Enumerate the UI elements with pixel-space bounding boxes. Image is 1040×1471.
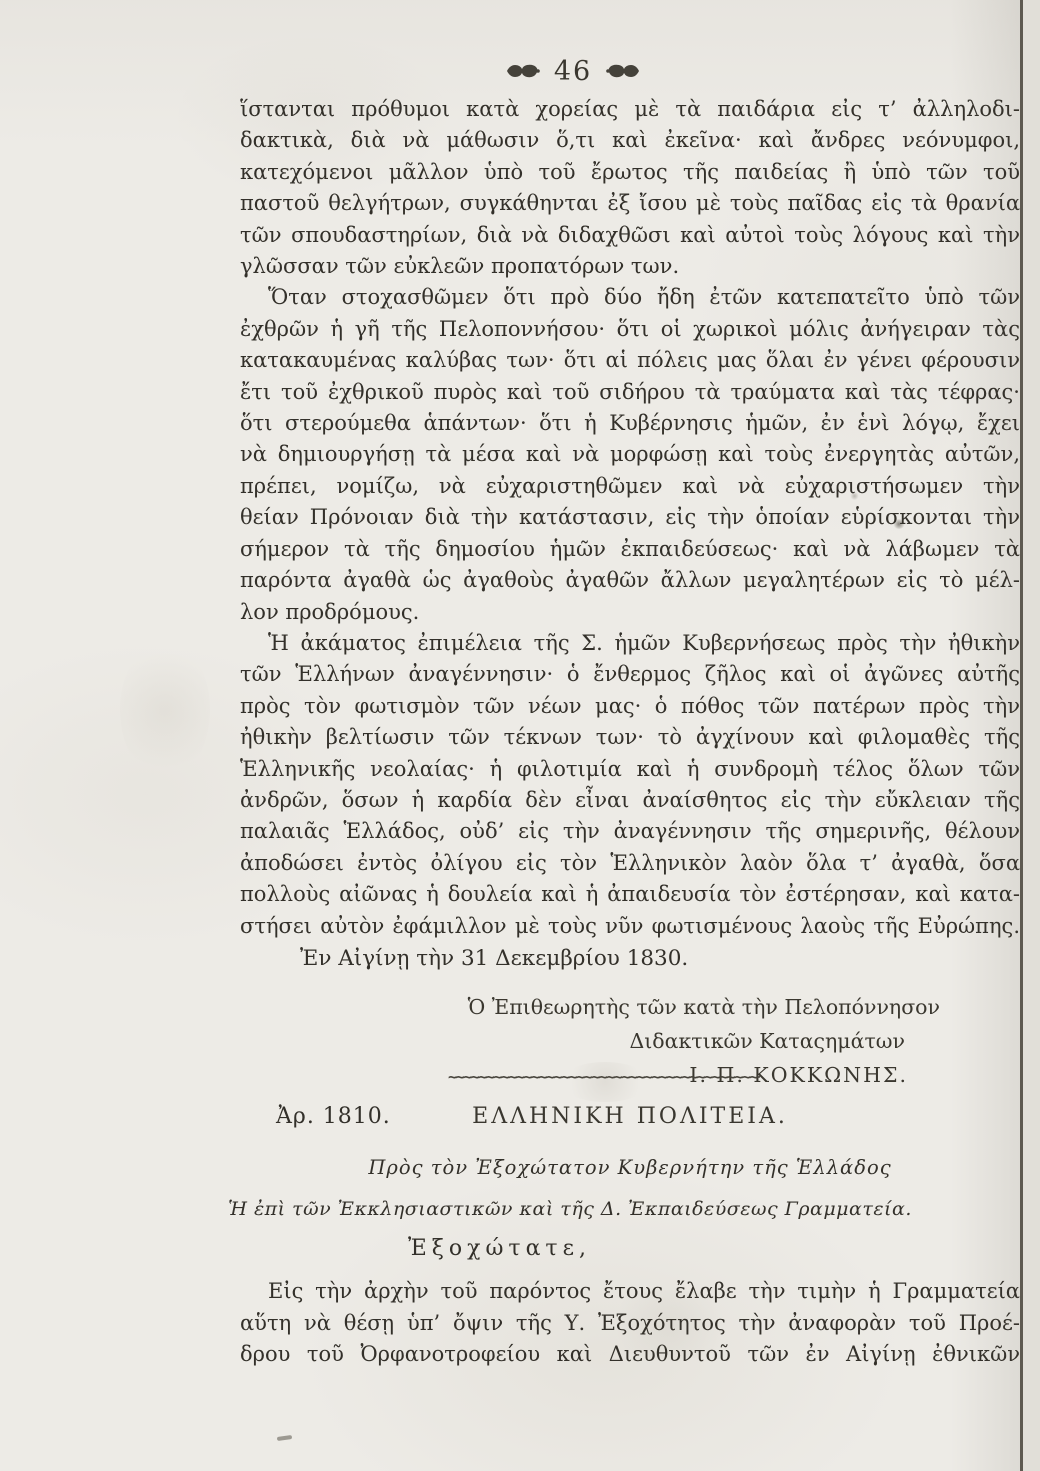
text-line: ὅτι στερούμεθα ἁπάντων· ὅτι ἡ Κυβέρνησις… [240,408,1020,439]
state-title: ΕΛΛΗΝΙΚΗ ΠΟΛΙΤΕΙΑ. [240,1104,1020,1129]
page-edge-margin [1023,0,1040,1471]
text-line: νὰ δημιουργήσῃ τὰ μέσα καὶ νὰ μορφώσῃ κα… [240,439,1020,470]
text-line: πρέπει, νομίζω, νὰ εὐχαριστηθῶμεν καὶ νὰ… [240,471,1020,502]
ink-mark [277,1435,292,1441]
text-line: ἔτι τοῦ ἐχθρικοῦ πυρὸς καὶ τοῦ σιδήρου τ… [240,377,1020,408]
report-body: ἵστανται πρόθυμοι κατὰ χορείας μὲ τὰ παι… [240,94,1020,942]
text-line: τῶν Ἑλλήνων ἀναγέννησιν· ὁ ἔνθερμος ζῆλο… [240,659,1020,690]
ink-blot [893,519,905,529]
fleuron-left-icon [506,62,540,80]
text-line: παστοῦ θελγήτρων, συγκάθηνται ἐξ ἴσου μὲ… [240,188,1020,219]
text-line: θείαν Πρόνοιαν διὰ τὴν κατάστασιν, εἰς τ… [240,502,1020,533]
page-number: 46 [554,56,592,87]
text-line: ἵστανται πρόθυμοι κατὰ χορείας μὲ τὰ παι… [240,94,1020,125]
text-line: Ἑλληνικῆς νεολαίας· ἡ φιλοτιμία καὶ ἡ συ… [240,754,1020,785]
text-line: παλαιᾶς Ἑλλάδος, οὐδ’ εἰς τὴν ἀναγέννησι… [240,816,1020,847]
text-line: στήσει αὐτὸν ἐφάμιλλον μὲ τοὺς νῦν φωτισ… [240,911,1020,942]
letter-salutation: Ἐξοχώτατε, [240,1236,1020,1261]
text-line: κατεχόμενοι μᾶλλον ὑπὸ τοῦ ἔρωτος τῆς πα… [240,157,1020,188]
report-paragraph-2: Ὅταν στοχασθῶμεν ὅτι πρὸ δύο ἤδη ἐτῶν κα… [240,282,1020,627]
text-line: ἀποδώσει ἐντὸς ὀλίγου εἰς τὸν Ἑλληνικὸν … [240,848,1020,879]
text-line: σήμερον τὰ τῆς δημοσίου ἡμῶν ἐκπαιδεύσεω… [240,534,1020,565]
paper-stain [120,640,210,780]
paper-stain [560,1062,650,1102]
page-edge-shadow [950,0,1020,1471]
text-line: δακτικὰ, διὰ νὰ μάθωσιν ὅ,τι καὶ ἐκεῖνα·… [240,125,1020,156]
report-paragraph-3: Ἡ ἀκάματος ἐπιμέλεια τῆς Σ. ἡμῶν Κυβερνή… [240,628,1020,942]
text-line: κατακαυμένας καλύβας των· ὅτι αἱ πόλεις … [240,345,1020,376]
letter-header-row: Ἀρ. 1810. ΕΛΛΗΝΙΚΗ ΠΟΛΙΤΕΙΑ. [240,1104,1020,1138]
text-line: λον προδρόμους. [240,597,1020,628]
text-line: παρόντα ἀγαθὰ ὡς ἀγαθοὺς ἀγαθῶν ἄλλων με… [240,565,1020,596]
page-header: 46 [458,56,688,86]
fleuron-right-icon [606,62,640,80]
text-line: ἀνδρῶν, ὅσων ἡ καρδία δὲν εἶναι ἀναίσθητ… [240,785,1020,816]
text-line: γλῶσσαν τῶν εὐκλεῶν προπατόρων των. [240,251,1020,282]
letter-addressee: Πρὸς τὸν Ἐξοχώτατον Κυβερνήτην τῆς Ἑλλάδ… [240,1156,1020,1179]
scanned-document-page: 46 ἵστανται πρόθυμοι κατὰ χορείας μὲ τὰ … [0,0,1040,1471]
text-line: πρὸς τὸν φωτισμὸν τῶν νέων μας· ὁ πόθος … [240,691,1020,722]
text-line: τῶν σπουδαστηρίων, διὰ νὰ διδαχθῶσι καὶ … [240,220,1020,251]
text-line: πολλοὺς αἰῶνας ἡ δουλεία καὶ ἡ ἀπαιδευσί… [240,879,1020,910]
text-line: ἐχθρῶν ἡ γῆ τῆς Πελοποννήσου· ὅτι οἱ χωρ… [240,314,1020,345]
text-line: Ὅταν στοχασθῶμεν ὅτι πρὸ δύο ἤδη ἐτῶν κα… [240,282,1020,313]
signature-role-line: Ὁ Ἐπιθεωρητὴς τῶν κατὰ τὴν Πελοπόννησον [240,990,940,1024]
signature-office-line: Διδακτικῶν Καταςημάτων [240,1024,905,1058]
text-line: Ἡ ἀκάματος ἐπιμέλεια τῆς Σ. ἡμῶν Κυβερνή… [240,628,1020,659]
report-paragraph-1: ἵστανται πρόθυμοι κατὰ χορείας μὲ τὰ παι… [240,94,1020,282]
report-dateline: Ἐν Αἰγίνῃ τὴν 31 Δεκεμβρίου 1830. [240,946,1020,971]
letter-sender: Ἡ ἐπὶ τῶν Ἐκκλησιαστικῶν καὶ τῆς Δ. Ἐκπα… [130,1198,1010,1220]
text-line: ἠθικὴν βελτίωσιν τῶν τέκνων των· τὸ ἀγχί… [240,722,1020,753]
paper-stain [600,1290,740,1360]
ink-blot [850,492,859,500]
